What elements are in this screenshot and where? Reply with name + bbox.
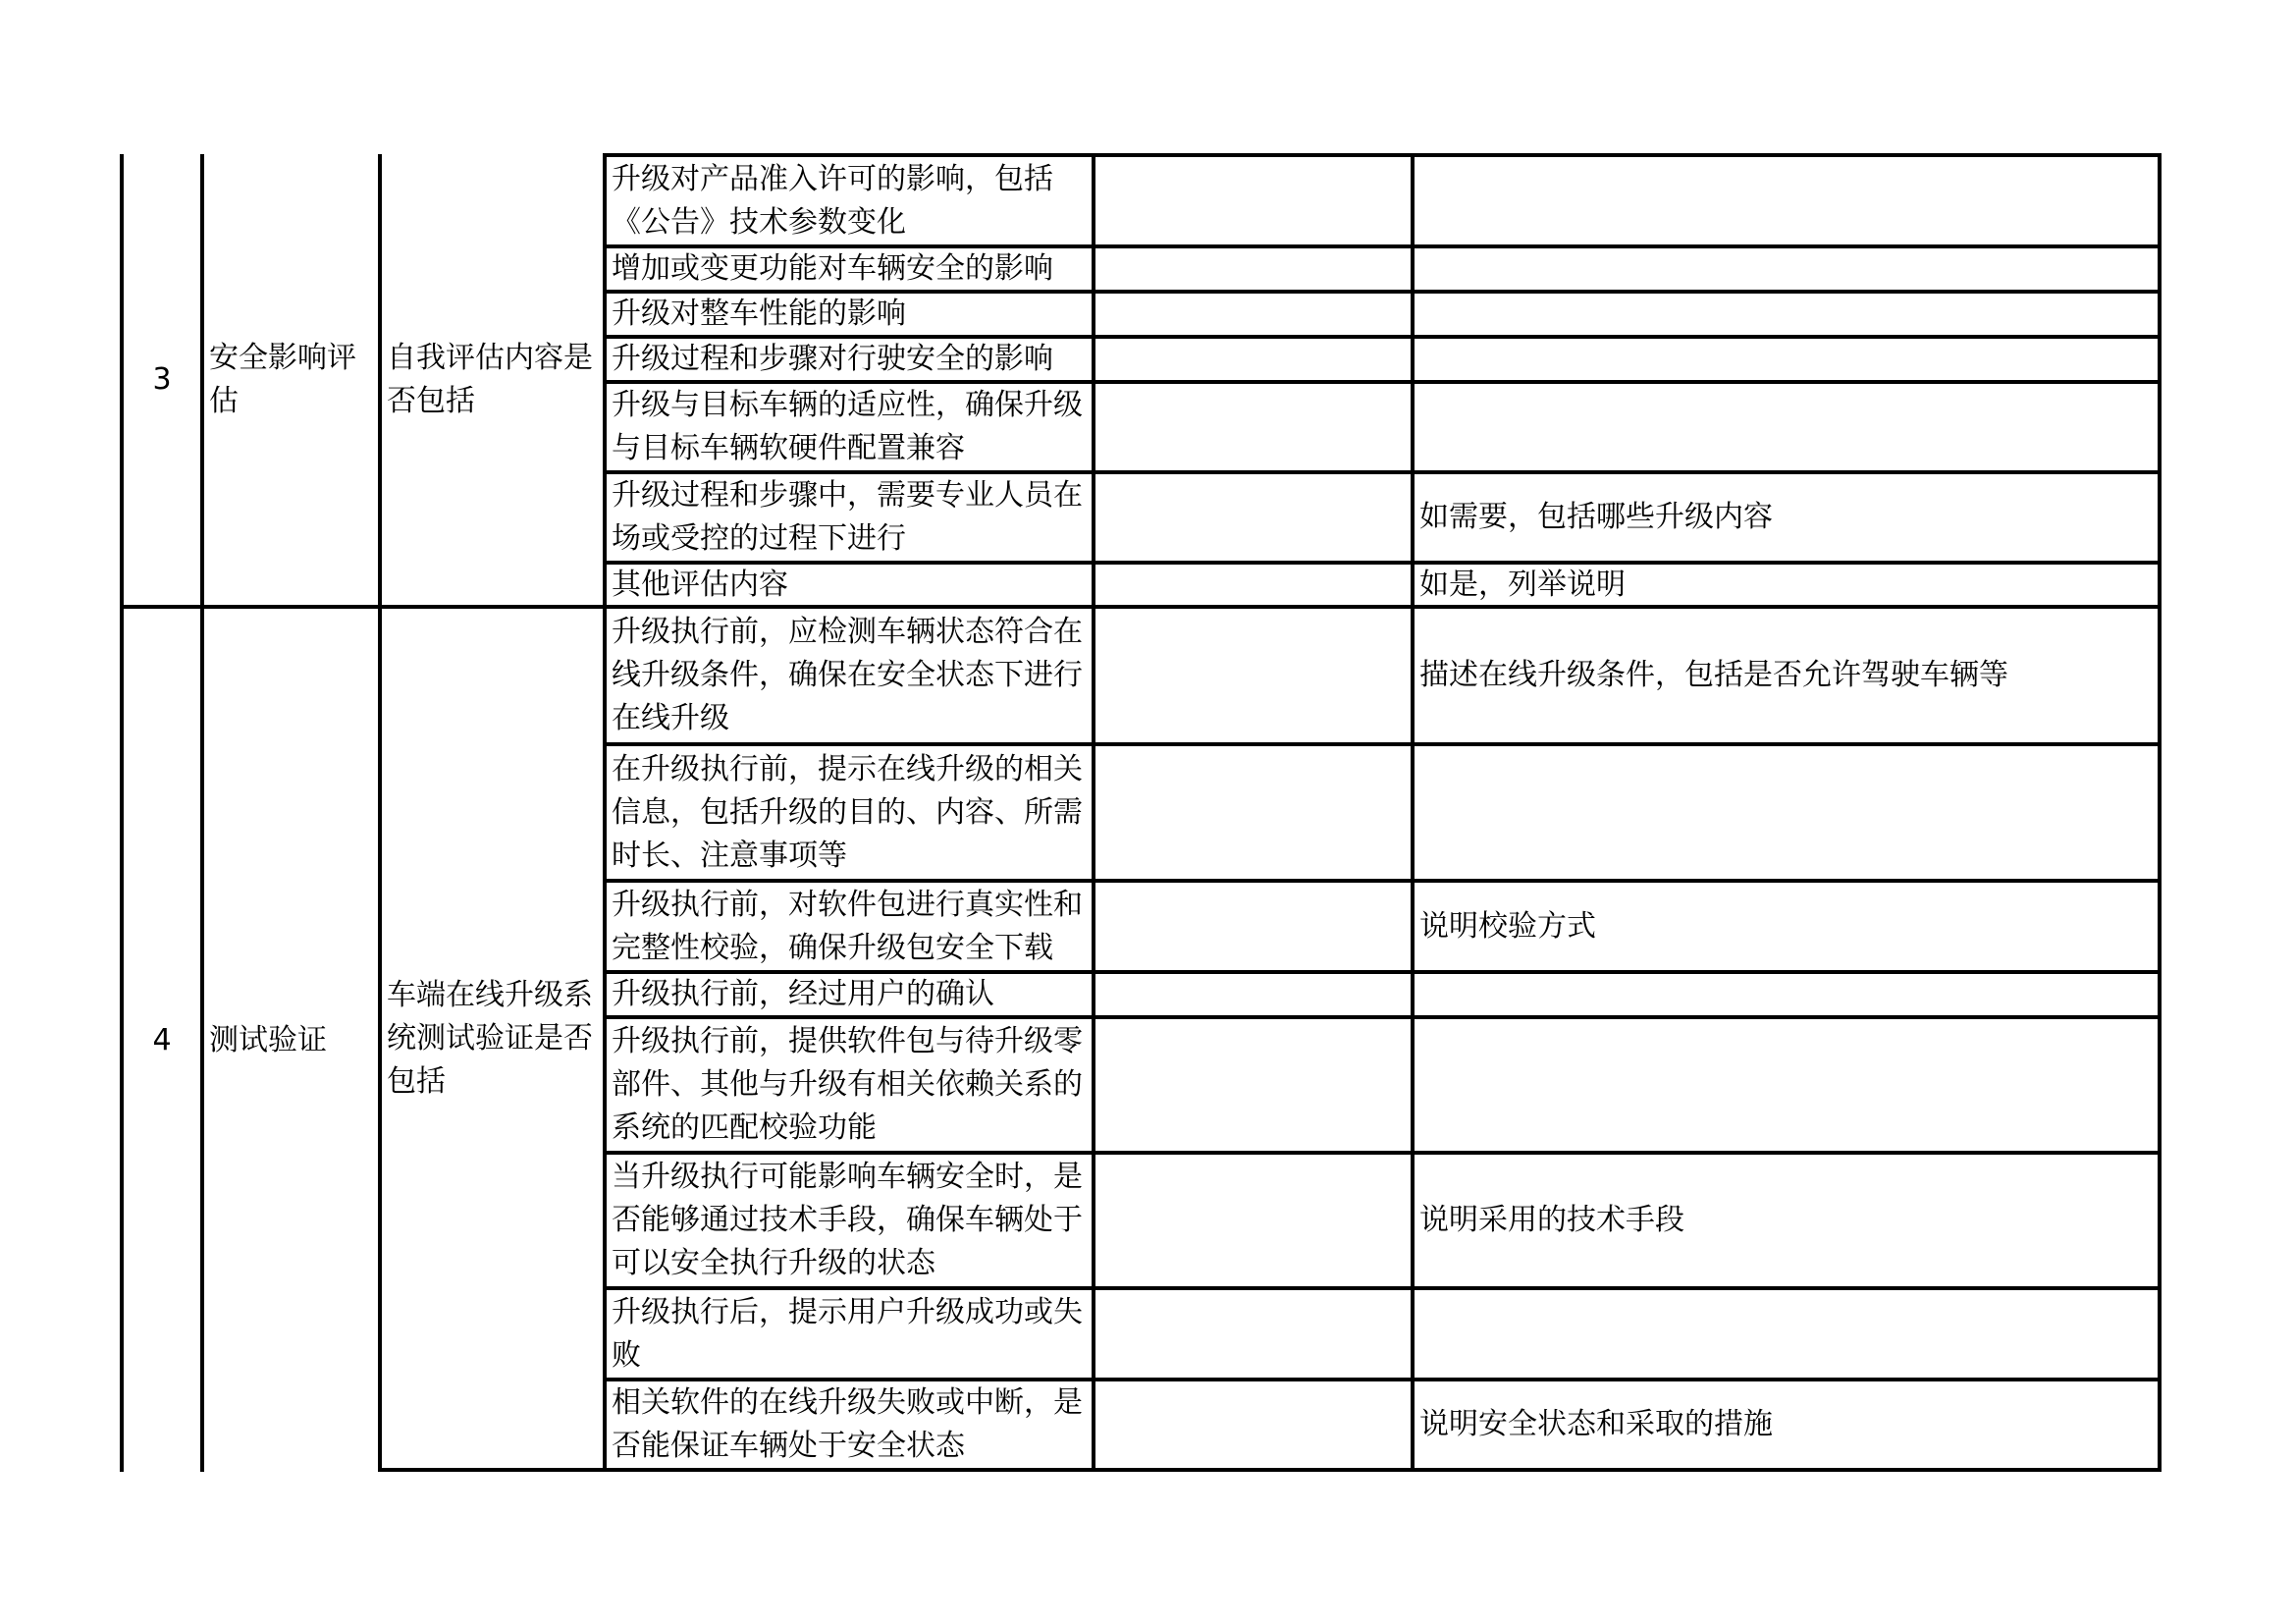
note-cell: 说明采用的技术手段: [1415, 1155, 2158, 1286]
result-cell[interactable]: [1095, 157, 1411, 244]
requirement-text: 升级执行前，经过用户的确认: [612, 974, 994, 1015]
requirement-cell: 升级对整车性能的影响: [607, 294, 1092, 335]
note-cell: 描述在线升级条件，包括是否允许驾驶车辆等: [1415, 609, 2158, 742]
grid-line-bottom: [378, 1468, 2162, 1472]
requirement-text: 升级过程和步骤中，需要专业人员在场或受控的过程下进行: [612, 474, 1092, 561]
grid-line-col-7: [2158, 154, 2162, 1472]
note-cell: [1415, 294, 2158, 335]
note-text: 说明采用的技术手段: [1419, 1199, 1684, 1242]
requirement-cell: 升级过程和步骤对行驶安全的影响: [607, 339, 1092, 380]
requirement-text: 升级执行前，应检测车辆状态符合在线升级条件，确保在安全状态下进行在线升级: [612, 611, 1092, 740]
result-cell[interactable]: [1095, 248, 1411, 290]
result-cell[interactable]: [1095, 474, 1411, 561]
requirement-cell: 当升级执行可能影响车辆安全时，是否能够通过技术手段，确保车辆处于可以安全执行升级…: [607, 1155, 1092, 1286]
result-cell[interactable]: [1095, 1290, 1411, 1378]
note-text: 如是，列举说明: [1419, 565, 1626, 605]
requirement-cell: 其他评估内容: [607, 565, 1092, 605]
note-cell: 说明安全状态和采取的措施: [1415, 1381, 2158, 1468]
requirement-text: 升级对产品准入许可的影响，包括《公告》技术参数变化: [612, 158, 1092, 244]
section-item-text: 自我评估内容是否包括: [387, 337, 603, 423]
note-text: 说明安全状态和采取的措施: [1419, 1403, 1773, 1446]
note-cell: [1415, 384, 2158, 470]
note-cell: 如是，列举说明: [1415, 565, 2158, 605]
note-cell: 如需要，包括哪些升级内容: [1415, 474, 2158, 561]
result-cell[interactable]: [1095, 1381, 1411, 1468]
section-number: 4: [124, 609, 200, 1472]
note-cell: [1415, 746, 2158, 879]
requirement-text: 在升级执行前，提示在线升级的相关信息，包括升级的目的、内容、所需时长、注意事项等: [612, 748, 1092, 878]
note-text: 如需要，包括哪些升级内容: [1419, 496, 1773, 539]
section-item-text: 车端在线升级系统测试验证是否包括: [387, 974, 603, 1104]
requirement-cell: 升级执行前，提供软件包与待升级零部件、其他与升级有相关依赖关系的系统的匹配校验功…: [607, 1019, 1092, 1151]
result-cell[interactable]: [1095, 565, 1411, 605]
requirement-cell: 升级与目标车辆的适应性，确保升级与目标车辆软硬件配置兼容: [607, 384, 1092, 470]
note-text: 说明校验方式: [1419, 905, 1596, 948]
note-cell: [1415, 248, 2158, 290]
requirement-cell: 升级执行前，对软件包进行真实性和完整性校验，确保升级包安全下载: [607, 883, 1092, 970]
requirement-text: 升级执行后，提示用户升级成功或失败: [612, 1291, 1092, 1378]
result-cell[interactable]: [1095, 1155, 1411, 1286]
requirement-cell: 升级执行前，经过用户的确认: [607, 974, 1092, 1015]
result-cell[interactable]: [1095, 294, 1411, 335]
result-cell[interactable]: [1095, 974, 1411, 1015]
note-cell: [1415, 974, 2158, 1015]
requirement-text: 当升级执行可能影响车辆安全时，是否能够通过技术手段，确保车辆处于可以安全执行升级…: [612, 1156, 1092, 1285]
requirement-text: 升级与目标车辆的适应性，确保升级与目标车辆软硬件配置兼容: [612, 384, 1092, 470]
requirement-text: 升级执行前，对软件包进行真实性和完整性校验，确保升级包安全下载: [612, 884, 1092, 970]
result-cell[interactable]: [1095, 1019, 1411, 1151]
result-cell[interactable]: [1095, 883, 1411, 970]
requirement-cell: 升级执行前，应检测车辆状态符合在线升级条件，确保在安全状态下进行在线升级: [607, 609, 1092, 742]
requirement-cell: 升级执行后，提示用户升级成功或失败: [607, 1290, 1092, 1378]
requirement-cell: 升级过程和步骤中，需要专业人员在场或受控的过程下进行: [607, 474, 1092, 561]
note-cell: [1415, 1290, 2158, 1378]
note-cell: [1415, 339, 2158, 380]
requirement-cell: 增加或变更功能对车辆安全的影响: [607, 248, 1092, 290]
section-number: 3: [124, 154, 200, 606]
requirement-text: 相关软件的在线升级失败或中断，是否能保证车辆处于安全状态: [612, 1381, 1092, 1468]
section-category-text: 测试验证: [209, 1019, 327, 1062]
result-cell[interactable]: [1095, 384, 1411, 470]
note-cell: [1415, 157, 2158, 244]
result-cell[interactable]: [1095, 609, 1411, 742]
requirement-text: 升级过程和步骤对行驶安全的影响: [612, 339, 1053, 380]
note-cell: 说明校验方式: [1415, 883, 2158, 970]
requirement-text: 升级执行前，提供软件包与待升级零部件、其他与升级有相关依赖关系的系统的匹配校验功…: [612, 1020, 1092, 1150]
section-item: 车端在线升级系统测试验证是否包括: [382, 609, 603, 1468]
section-number-text: 3: [152, 358, 171, 402]
note-text: 描述在线升级条件，包括是否允许驾驶车辆等: [1419, 654, 2008, 697]
note-cell: [1415, 1019, 2158, 1151]
section-number-text: 4: [152, 1019, 171, 1062]
requirement-cell: 升级对产品准入许可的影响，包括《公告》技术参数变化: [607, 157, 1092, 244]
requirement-text: 升级对整车性能的影响: [612, 294, 906, 335]
result-cell[interactable]: [1095, 746, 1411, 879]
section-category-text: 安全影响评估: [209, 337, 378, 423]
requirement-cell: 相关软件的在线升级失败或中断，是否能保证车辆处于安全状态: [607, 1381, 1092, 1468]
result-cell[interactable]: [1095, 339, 1411, 380]
requirement-text: 增加或变更功能对车辆安全的影响: [612, 248, 1053, 290]
document-page: 3 安全影响评估 自我评估内容是否包括 升级对产品准入许可的影响，包括《公告》技…: [0, 0, 2296, 1624]
section-category: 安全影响评估: [204, 154, 378, 606]
section-item: 自我评估内容是否包括: [382, 154, 603, 606]
section-category: 测试验证: [204, 609, 378, 1472]
requirement-cell: 在升级执行前，提示在线升级的相关信息，包括升级的目的、内容、所需时长、注意事项等: [607, 746, 1092, 879]
requirement-text: 其他评估内容: [612, 565, 788, 605]
